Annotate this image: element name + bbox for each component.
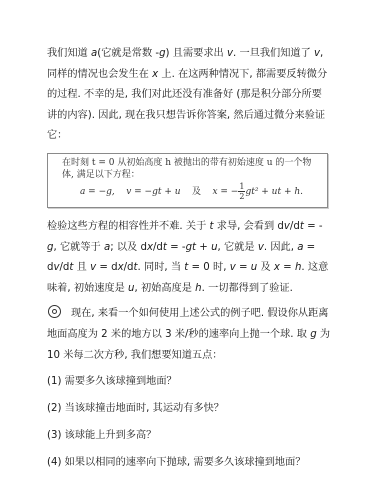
text: /d	[153, 242, 163, 253]
document-page: 我们知道 a(它就是常数 -g) 且需要求出 v. 一旦我们知道了 v, 同样的…	[47, 44, 332, 474]
text: = -	[304, 221, 323, 232]
text: 且	[73, 262, 90, 273]
text: = -	[167, 242, 186, 253]
verification-paragraph: 检验这些方程的相容性并不难. 关于 t 求导, 会看到 dv/dt = -g, …	[47, 217, 332, 299]
text: 及	[257, 262, 274, 273]
question-3: (3) 该球能上升到多高？	[47, 426, 332, 447]
equation-v: v = −gt + u	[126, 187, 180, 197]
math-var: gt	[186, 242, 196, 253]
text: ; 以及 d	[110, 242, 147, 253]
equation-a: a = −g,	[80, 187, 115, 197]
text: 现在, 来看一个如何使用上述公式的例子吧. 假设你从距离地面高度为 2 米的地方…	[47, 308, 328, 340]
text: . 一切都得到了验证.	[202, 283, 293, 294]
text: /d	[124, 262, 134, 273]
theorem-statement: 在时刻 t = 0 从初始高度 h 被抛出的带有初始速度 u 的一个物体, 满足…	[62, 157, 321, 181]
equation-conjunction: 及	[192, 187, 201, 197]
text: , 它就等于	[53, 242, 103, 253]
kinematic-equations: a = −g, v = −gt + u 及 x = −12gt² + ut + …	[62, 181, 321, 203]
text: 求导, 会看到 d	[214, 221, 284, 232]
example-paragraph: 现在, 来看一个如何使用上述公式的例子吧. 假设你从距离地面高度为 2 米的地方…	[47, 304, 332, 366]
question-1: (1) 需要多久该球撞到地面？	[47, 372, 332, 393]
text: (它就是常数 -	[97, 48, 159, 59]
question-4: (4) 如果以相同的速率向下抛球, 需要多久该球撞到地面？	[47, 453, 332, 474]
text: =	[280, 262, 295, 273]
theorem-box: 在时刻 t = 0 从初始高度 h 被抛出的带有初始速度 u 的一个物体, 满足…	[47, 153, 328, 208]
example-target-icon	[48, 305, 61, 318]
question-2: (2) 当该球撞击地面时, 其运动有多快？	[47, 399, 332, 420]
text: 我们知道	[47, 48, 91, 59]
text: . 因此,	[264, 242, 297, 253]
text: = 0 时,	[188, 262, 229, 273]
equation-x-right: gt² + ut + h.	[245, 187, 303, 197]
text: ) 且需要求出	[166, 48, 227, 59]
equation-x-left: x = −	[212, 187, 238, 197]
text: =	[236, 262, 251, 273]
text: /d	[60, 262, 70, 273]
text: /d	[290, 221, 300, 232]
text: , 它就是	[218, 242, 258, 253]
text: +	[196, 242, 211, 253]
text: . 一旦我们知道了	[233, 48, 314, 59]
text: 检验这些方程的相容性并不难. 关于	[47, 221, 210, 232]
text: , 初始高度是	[135, 283, 196, 294]
text: = d	[96, 262, 117, 273]
text: . 同时, 当	[138, 262, 185, 273]
intro-paragraph: 我们知道 a(它就是常数 -g) 且需要求出 v. 一旦我们知道了 v, 同样的…	[47, 44, 332, 147]
